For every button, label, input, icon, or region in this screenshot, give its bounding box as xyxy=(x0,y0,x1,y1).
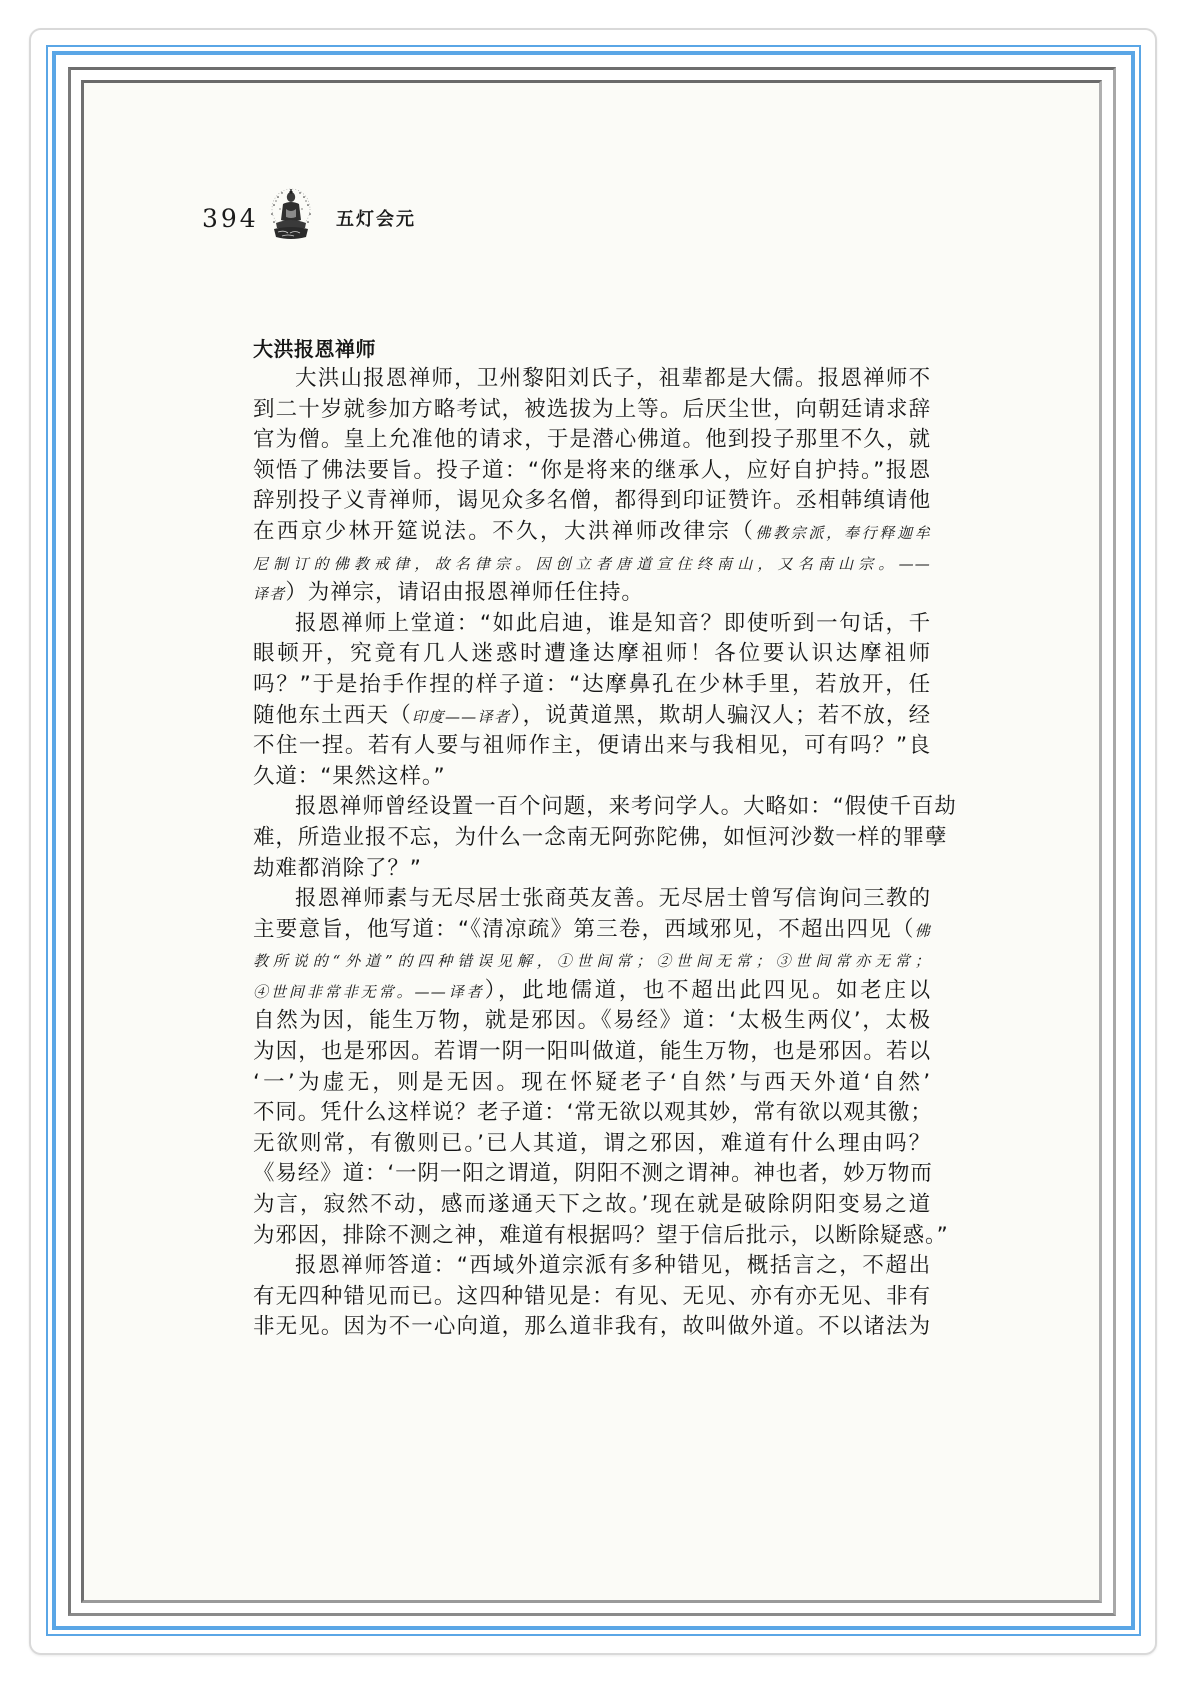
text-segment: 随他东土西天（ xyxy=(253,703,412,728)
text-line: 领悟了佛法要旨。投子道：“你是将来的继承人，应好自护持。”报恩 xyxy=(253,456,931,487)
text-segment: 报恩禅师上堂道：“如此启迪，谁是知音？即使听到一句话，千 xyxy=(295,611,931,636)
text-line: ④世间非常非无常。——译者），此地儒道，也不超出此四见。如老庄以 xyxy=(253,976,931,1007)
text-line: 报恩禅师上堂道：“如此启迪，谁是知音？即使听到一句话，千 xyxy=(253,609,931,640)
text-line: 为邪因，排除不测之神，难道有根据吗？望于信后批示，以断除疑惑。” xyxy=(253,1221,931,1252)
text-segment: 非无见。因为不一心向道，那么道非我有，故叫做外道。不以诸法为 xyxy=(253,1314,931,1339)
text-segment: 为言，寂然不动，感而遂通天下之故。’现在就是破除阴阳变易之道 xyxy=(253,1192,931,1217)
text-line: 为言，寂然不动，感而遂通天下之故。’现在就是破除阴阳变易之道 xyxy=(253,1190,931,1221)
text-segment: 为邪因，排除不测之神，难道有根据吗？望于信后批示，以断除疑惑。” xyxy=(253,1223,949,1248)
text-segment: 有无四种错见而已。这四种错见是：有见、无见、亦有亦无见、非有 xyxy=(253,1284,931,1309)
text-segment: ），此地儒道，也不超出此四见。如老庄以 xyxy=(485,978,931,1003)
text-line: 眼顿开，究竟有几人迷惑时遭逢达摩祖师！各位要认识达摩祖师 xyxy=(253,639,931,670)
text-line: 主要意旨，他写道：“《清凉疏》第三卷，西域邪见，不超出四见（佛 xyxy=(253,915,931,946)
text-line: 辞别投子义青禅师，谒见众多名僧，都得到印证赞许。丞相韩缜请他 xyxy=(253,486,931,517)
page-number: 394 xyxy=(202,196,268,233)
text-line: 报恩禅师素与无尽居士张商英友善。无尽居士曾写信询问三教的 xyxy=(253,884,931,915)
text-segment: 自然为因，能生万物，就是邪因。《易经》道：‘太极生两仪’，太极 xyxy=(253,1008,931,1033)
text-line: 在西京少林开筵说法。不久，大洪禅师改律宗（佛教宗派，奉行释迦牟 xyxy=(253,517,931,548)
text-line: 为因，也是邪因。若谓一阴一阳叫做道，能生万物，也是邪因。若以 xyxy=(253,1037,931,1068)
body-text: 大洪山报恩禅师，卫州黎阳刘氏子，祖辈都是大儒。报恩禅师不到二十岁就参加方略考试，… xyxy=(253,364,943,1343)
text-line: 《易经》道：‘一阴一阳之谓道，阴阳不测之谓神。神也者，妙万物而 xyxy=(253,1159,931,1190)
text-line: 不同。凭什么这样说？老子道：‘常无欲以观其妙，常有欲以观其徼； xyxy=(253,1098,931,1129)
book-title: 五灯会元 xyxy=(336,197,416,231)
translator-note: ④世间非常非无常。——译者 xyxy=(253,983,485,1001)
text-line: 随他东土西天（印度——译者），说黄道黑，欺胡人骗汉人；若不放，经 xyxy=(253,701,931,732)
text-line: 尼制订的佛教戒律，故名律宗。因创立者唐道宣住终南山，又名南山宗。—— xyxy=(253,548,931,579)
text-line: 大洪山报恩禅师，卫州黎阳刘氏子，祖辈都是大儒。报恩禅师不 xyxy=(253,364,931,395)
translator-note: 印度——译者 xyxy=(412,708,511,726)
text-line: 译者）为禅宗，请诏由报恩禅师任住持。 xyxy=(253,578,931,609)
section-heading: 大洪报恩禅师 xyxy=(253,334,943,364)
text-segment: 难，所造业报不忘，为什么一念南无阿弥陀佛，如恒河沙数一样的罪孽 xyxy=(253,825,947,850)
text-segment: ），说黄道黑，欺胡人骗汉人；若不放，经 xyxy=(511,703,931,728)
text-line: ‘一’为虚无，则是无因。现在怀疑老子‘自然’与西天外道‘自然’ xyxy=(253,1068,931,1099)
text-segment: 在西京少林开筵说法。不久，大洪禅师改律宗（ xyxy=(253,519,755,544)
text-line: 劫难都消除了？” xyxy=(253,854,931,885)
text-segment: 吗？”于是抬手作捏的样子道：“达摩鼻孔在少林手里，若放开，任 xyxy=(253,672,931,697)
translator-note: 佛教宗派，奉行释迦牟 xyxy=(755,524,931,542)
text-segment: 为因，也是邪因。若谓一阴一阳叫做道，能生万物，也是邪因。若以 xyxy=(253,1039,931,1064)
text-segment: 不同。凭什么这样说？老子道：‘常无欲以观其妙，常有欲以观其徼； xyxy=(253,1100,933,1125)
text-line: 非无见。因为不一心向道，那么道非我有，故叫做外道。不以诸法为 xyxy=(253,1312,931,1343)
seated-buddha-icon xyxy=(268,187,314,241)
translator-note: 佛 xyxy=(915,922,931,940)
text-line: 无欲则常，有徼则已。’已人其道，谓之邪因，难道有什么理由吗？ xyxy=(253,1129,931,1160)
text-segment: 官为僧。皇上允准他的请求，于是潜心佛道。他到投子那里不久，就 xyxy=(253,427,931,452)
text-segment: 主要意旨，他写道：“《清凉疏》第三卷，西域邪见，不超出四见（ xyxy=(253,917,915,942)
running-head: 394 五灯会元 xyxy=(202,186,416,242)
text-line: 自然为因，能生万物，就是邪因。《易经》道：‘太极生两仪’，太极 xyxy=(253,1006,931,1037)
text-segment: 大洪山报恩禅师，卫州黎阳刘氏子，祖辈都是大儒。报恩禅师不 xyxy=(295,366,931,391)
text-segment: 久道：“果然这样。” xyxy=(253,764,446,789)
text-line: 有无四种错见而已。这四种错见是：有见、无见、亦有亦无见、非有 xyxy=(253,1282,931,1313)
text-line: 难，所造业报不忘，为什么一念南无阿弥陀佛，如恒河沙数一样的罪孽 xyxy=(253,823,931,854)
text-segment: 到二十岁就参加方略考试，被选拔为上等。后厌尘世，向朝廷请求辞 xyxy=(253,397,931,422)
text-segment: 领悟了佛法要旨。投子道：“你是将来的继承人，应好自护持。”报恩 xyxy=(253,458,931,483)
text-line: 到二十岁就参加方略考试，被选拔为上等。后厌尘世，向朝廷请求辞 xyxy=(253,395,931,426)
text-segment: 眼顿开，究竟有几人迷惑时遭逢达摩祖师！各位要认识达摩祖师 xyxy=(253,641,931,666)
text-line: 不住一捏。若有人要与祖师作主，便请出来与我相见，可有吗？”良 xyxy=(253,731,931,762)
text-segment: 报恩禅师答道：“西域外道宗派有多种错见，概括言之，不超出 xyxy=(295,1253,931,1278)
text-line: 教所说的“外道”的四种错误见解，①世间常；②世间无常；③世间常亦无常； xyxy=(253,945,931,976)
text-segment: ‘一’为虚无，则是无因。现在怀疑老子‘自然’与西天外道‘自然’ xyxy=(253,1070,931,1095)
text-segment: ）为禅宗，请诏由报恩禅师任住持。 xyxy=(285,580,643,605)
translator-note: 译者 xyxy=(253,585,285,603)
text-segment: 报恩禅师素与无尽居士张商英友善。无尽居士曾写信询问三教的 xyxy=(295,886,931,911)
text-line: 吗？”于是抬手作捏的样子道：“达摩鼻孔在少林手里，若放开，任 xyxy=(253,670,931,701)
text-segment: 《易经》道：‘一阴一阳之谓道，阴阳不测之谓神。神也者，妙万物而 xyxy=(253,1161,933,1186)
text-line: 报恩禅师答道：“西域外道宗派有多种错见，概括言之，不超出 xyxy=(253,1251,931,1282)
text-line: 报恩禅师曾经设置一百个问题，来考问学人。大略如：“假使千百劫 xyxy=(253,792,931,823)
translator-note: 尼制订的佛教戒律，故名律宗。因创立者唐道宣住终南山，又名南山宗。—— xyxy=(253,555,931,573)
text-segment: 报恩禅师曾经设置一百个问题，来考问学人。大略如：“假使千百劫 xyxy=(295,794,957,819)
text-line: 官为僧。皇上允准他的请求，于是潜心佛道。他到投子那里不久，就 xyxy=(253,425,931,456)
text-segment: 无欲则常，有徼则已。’已人其道，谓之邪因，难道有什么理由吗？ xyxy=(253,1131,931,1156)
text-line: 久道：“果然这样。” xyxy=(253,762,931,793)
text-segment: 不住一捏。若有人要与祖师作主，便请出来与我相见，可有吗？”良 xyxy=(253,733,931,758)
translator-note: 教所说的“外道”的四种错误见解，①世间常；②世间无常；③世间常亦无常； xyxy=(253,952,931,970)
page-content: 大洪报恩禅师 大洪山报恩禅师，卫州黎阳刘氏子，祖辈都是大儒。报恩禅师不到二十岁就… xyxy=(253,334,943,1343)
text-segment: 辞别投子义青禅师，谒见众多名僧，都得到印证赞许。丞相韩缜请他 xyxy=(253,488,931,513)
text-segment: 劫难都消除了？” xyxy=(253,856,422,881)
